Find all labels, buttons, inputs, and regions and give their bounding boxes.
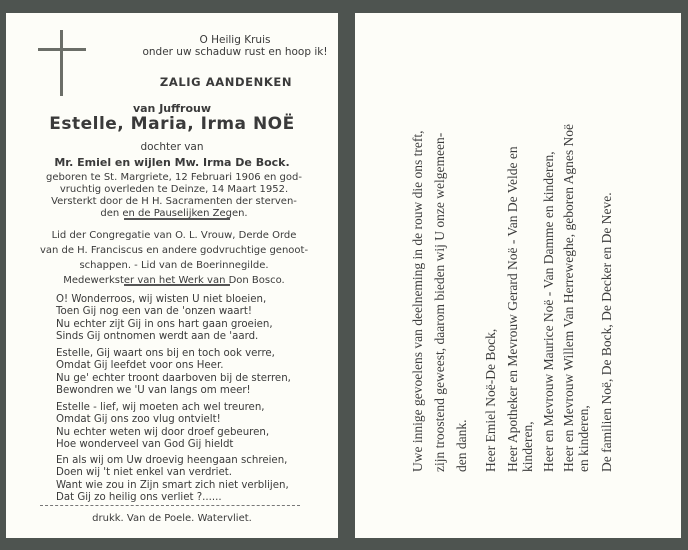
poem-line: Sinds Gij ontnomen werdt aan de 'aard. bbox=[56, 331, 273, 343]
poem-line: Estelle, Gij waart ons bij en toch ook v… bbox=[56, 348, 291, 360]
poem-line: Dat Gij zo heilig ons verliet ?...... bbox=[56, 492, 289, 504]
poem-line: Want wie zou in Zijn smart zich niet ver… bbox=[56, 480, 289, 492]
printer-credit: drukk. Van de Poele. Watervliet. bbox=[6, 513, 338, 524]
daughter-of: dochter van bbox=[6, 141, 338, 153]
poem-stanza-1: O! Wonderroos, wij wisten U niet bloeien… bbox=[56, 294, 273, 343]
family-line-1: Heer Emiel Noë-De Bock, bbox=[483, 329, 499, 472]
birth-death-details: geboren te St. Margriete, 12 Februari 19… bbox=[14, 172, 334, 220]
motto-line-1: O Heilig Kruis bbox=[120, 34, 350, 46]
parents-names: Mr. Emiel en wijlen Mw. Irma De Bock. bbox=[6, 156, 338, 169]
thanks-line-1: Uwe innige gevoelens van deelneming in d… bbox=[410, 130, 426, 472]
text-line: geboren te St. Margriete, 12 Februari 19… bbox=[14, 172, 334, 184]
poem-line: Omdat Gij ons zoo vlug ontvielt! bbox=[56, 414, 269, 426]
text-line: van de H. Franciscus en andere godvrucht… bbox=[14, 243, 334, 258]
poem-line: Hoe wonderveel van God Gij hieldt bbox=[56, 439, 269, 451]
text-line: Lid der Congregatie van O. L. Vrouw, Der… bbox=[14, 228, 334, 243]
poem-stanza-4: En als wij om Uw droevig heengaan schrei… bbox=[56, 455, 289, 504]
poem-line: Estelle - lief, wij moeten ach wel treur… bbox=[56, 402, 269, 414]
family-line-6: en kinderen, bbox=[576, 405, 592, 472]
poem-line: O! Wonderroos, wij wisten U niet bloeien… bbox=[56, 294, 273, 306]
family-line-7: De familien Noë, De Bock, De Decker en D… bbox=[599, 192, 615, 472]
family-line-4: Heer en Mevrouw Maurice Noë - Van Damme … bbox=[541, 151, 557, 472]
poem-line: Nu ge' echter troont daarboven bij de st… bbox=[56, 373, 291, 385]
deceased-name: Estelle, Maria, Irma NOË bbox=[6, 114, 338, 134]
text-line: vruchtig overleden te Deinze, 14 Maart 1… bbox=[14, 184, 334, 196]
motto-line-2: onder uw schaduw rust en hoop ik! bbox=[120, 46, 350, 58]
divider bbox=[124, 218, 230, 220]
poem-stanza-2: Estelle, Gij waart ons bij en toch ook v… bbox=[56, 348, 291, 397]
poem-line: Doen wij 't niet enkel van verdriet. bbox=[56, 467, 289, 479]
text-line: Versterkt door de H H. Sacramenten der s… bbox=[14, 196, 334, 208]
divider bbox=[124, 284, 230, 286]
dotted-divider bbox=[40, 505, 300, 506]
memberships: Lid der Congregatie van O. L. Vrouw, Der… bbox=[14, 228, 334, 288]
family-line-3: kinderen, bbox=[520, 421, 536, 472]
poem-line: Toen Gij nog een van de 'onzen waart! bbox=[56, 306, 273, 318]
poem-line: Bewondren we 'U van langs om meer! bbox=[56, 385, 291, 397]
heading: ZALIG AANDENKEN bbox=[60, 75, 392, 89]
poem-line: Nu echter zijt Gij in ons hart gaan groe… bbox=[56, 319, 273, 331]
thanks-line-3: den dank. bbox=[454, 420, 470, 472]
thanks-line-2: zijn troostend geweest, daarom bieden wi… bbox=[432, 133, 448, 472]
family-line-5: Heer en Mevrouw Willem Van Herreweghe, g… bbox=[561, 124, 577, 472]
poem-line: Nu echter weten wij door droef gebeuren, bbox=[56, 427, 269, 439]
poem-line: En als wij om Uw droevig heengaan schrei… bbox=[56, 455, 289, 467]
poem-stanza-3: Estelle - lief, wij moeten ach wel treur… bbox=[56, 402, 269, 451]
poem-line: Omdat Gij leefdet voor ons Heer. bbox=[56, 360, 291, 372]
text-line: schappen. - Lid van de Boerinnegilde. bbox=[14, 258, 334, 273]
family-line-2: Heer Apotheker en Mevrouw Gerard Noë - V… bbox=[505, 146, 521, 472]
